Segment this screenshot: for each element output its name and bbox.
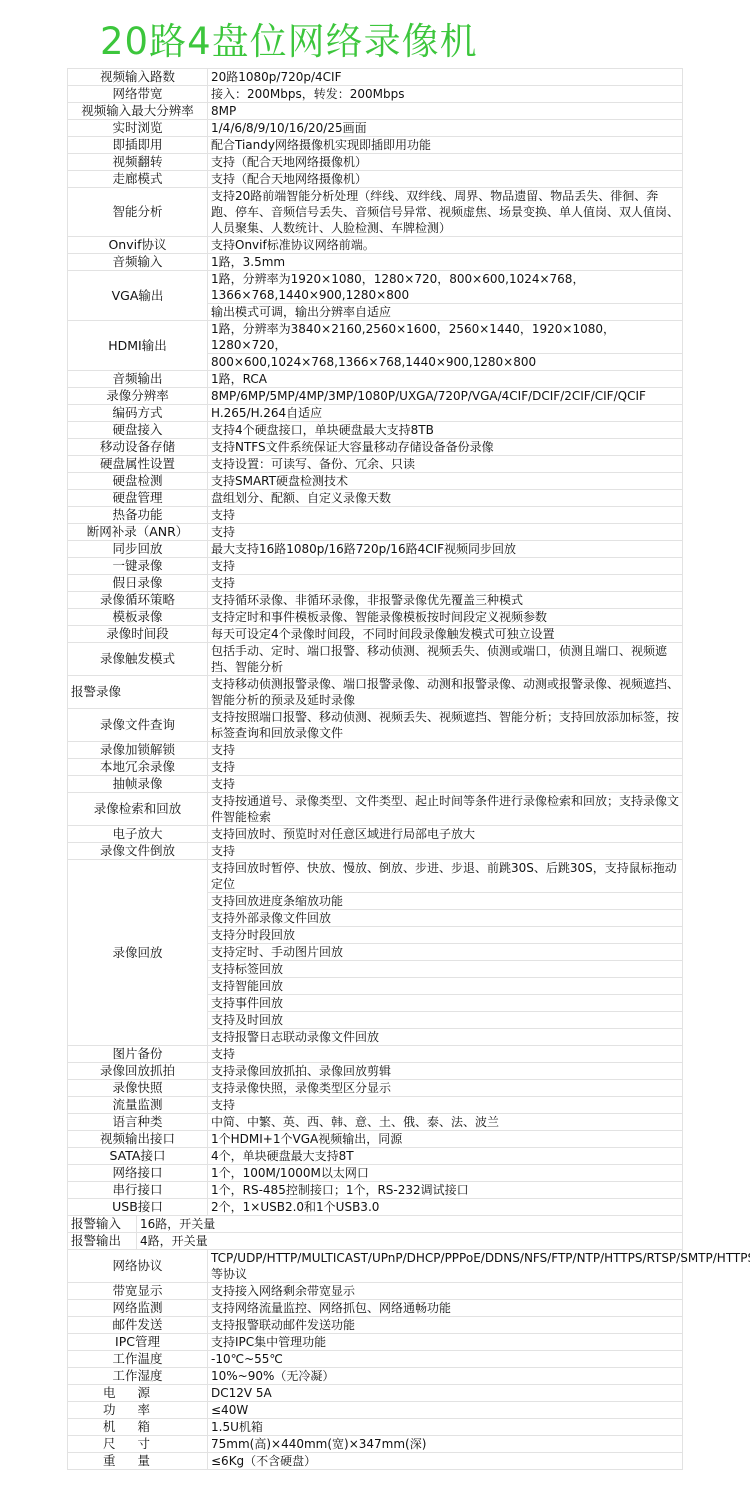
spec-label: 录像检索和回放 [68, 793, 208, 826]
spec-value: 支持 [208, 524, 683, 541]
table-row: SATA接口4个，单块硬盘最大支持8T [68, 1148, 683, 1165]
spec-value: 2个，1×USB2.0和1个USB3.0 [208, 1199, 683, 1216]
spec-label: 视频输入路数 [68, 69, 208, 86]
spec-value: 1.5U机箱 [208, 1419, 683, 1436]
table-row: Onvif协议支持Onvif标准协议网络前端。 [68, 237, 683, 254]
spec-label: 机箱 [68, 1419, 208, 1436]
spec-value: 支持 [208, 558, 683, 575]
spec-label: 热备功能 [68, 507, 208, 524]
spec-value: 支持（配合天地网络摄像机） [208, 154, 683, 171]
spec-value: 1路，RCA [208, 371, 683, 388]
spec-value: 75mm(高)×440mm(宽)×347mm(深) [208, 1436, 683, 1453]
table-row: 录像回放支持回放时暂停、快放、慢放、倒放、步进、步退、前跳30S、后跳30S，支… [68, 860, 683, 893]
spec-value: 支持循环录像、非循环录像，非报警录像优先覆盖三种模式 [208, 592, 683, 609]
spec-value: 支持 [208, 742, 683, 759]
table-row: 视频输出接口1个HDMI+1个VGA视频输出，同源 [68, 1131, 683, 1148]
spec-value: 配合Tiandy网络摄像机实现即插即用功能 [208, 137, 683, 154]
table-row: 硬盘属性设置支持设置：可读写、备份、冗余、只读 [68, 456, 683, 473]
spec-label: 同步回放 [68, 541, 208, 558]
spec-value: 每天可设定4个录像时间段，不同时间段录像触发模式可独立设置 [208, 626, 683, 643]
table-row: 模板录像支持定时和事件模板录像、智能录像模板按时间段定义视频参数 [68, 609, 683, 626]
spec-value: 支持 [208, 1046, 683, 1063]
spec-label: 即插即用 [68, 137, 208, 154]
table-row: 语言种类中简、中繁、英、西、韩、意、土、俄、泰、法、波兰 [68, 1114, 683, 1131]
table-row: 工作湿度10%~90%（无冷凝） [68, 1368, 683, 1385]
spec-label: 视频输出接口 [68, 1131, 208, 1148]
table-row: 网络监测支持网络流量监控、网络抓包、网络通畅功能 [68, 1300, 683, 1317]
spec-value: 支持定时和事件模板录像、智能录像模板按时间段定义视频参数 [208, 609, 683, 626]
table-row: 网络带宽接入：200Mbps，转发：200Mbps [68, 86, 683, 103]
table-row: 实时浏览1/4/6/8/9/10/16/20/25画面 [68, 120, 683, 137]
spec-label: 硬盘属性设置 [68, 456, 208, 473]
spec-value: 1路，分辨率为1920×1080，1280×720，800×600,1024×7… [208, 271, 683, 304]
spec-value: 支持录像回放抓拍、录像回放剪辑 [208, 1063, 683, 1080]
table-row: 报警输入16路，开关量 [68, 1216, 683, 1233]
spec-value: 最大支持16路1080p/16路720p/16路4CIF视频同步回放 [208, 541, 683, 558]
spec-label: USB接口 [68, 1199, 208, 1216]
spec-value: 支持事件回放 [208, 995, 683, 1012]
spec-label: 串行接口 [68, 1182, 208, 1199]
spec-label: SATA接口 [68, 1148, 208, 1165]
spec-label: Onvif协议 [68, 237, 208, 254]
spec-value: 支持 [208, 575, 683, 592]
spec-value: 支持 [208, 507, 683, 524]
spec-value: 输出模式可调，输出分辨率自适应 [208, 304, 683, 321]
spec-value: 支持（配合天地网络摄像机） [208, 171, 683, 188]
table-row: 录像文件查询支持按照端口报警、移动侦测、视频丢失、视频遮挡、智能分析；支持回放添… [68, 709, 683, 742]
spec-value: 支持及时回放 [208, 1012, 683, 1029]
spec-label: 硬盘管理 [68, 490, 208, 507]
table-row: 断网补录（ANR）支持 [68, 524, 683, 541]
alarm-value: 4路，开关量 [137, 1233, 683, 1250]
table-row: 录像快照支持录像快照，录像类型区分显示 [68, 1080, 683, 1097]
spec-value: 1路，3.5mm [208, 254, 683, 271]
spec-label: 录像文件倒放 [68, 843, 208, 860]
spec-value: 支持报警日志联动录像文件回放 [208, 1029, 683, 1046]
spec-label: 录像时间段 [68, 626, 208, 643]
spec-label: 模板录像 [68, 609, 208, 626]
table-row: 热备功能支持 [68, 507, 683, 524]
table-row: 硬盘接入支持4个硬盘接口，单块硬盘最大支持8TB [68, 422, 683, 439]
spec-label: 录像文件查询 [68, 709, 208, 742]
spec-label: 录像循环策略 [68, 592, 208, 609]
spec-value: 4个，单块硬盘最大支持8T [208, 1148, 683, 1165]
spec-label: 走廊模式 [68, 171, 208, 188]
spec-label: 邮件发送 [68, 1317, 208, 1334]
spec-value: 支持录像快照，录像类型区分显示 [208, 1080, 683, 1097]
table-row: 报警输出4路，开关量 [68, 1233, 683, 1250]
spec-value: 支持Onvif标准协议网络前端。 [208, 237, 683, 254]
alarm-value: 16路，开关量 [137, 1216, 683, 1233]
spec-label: 音频输出 [68, 371, 208, 388]
table-row: 录像时间段每天可设定4个录像时间段，不同时间段录像触发模式可独立设置 [68, 626, 683, 643]
page-title: 20路4盘位网络录像机 [100, 20, 478, 64]
spec-value: 接入：200Mbps，转发：200Mbps [208, 86, 683, 103]
table-row: 视频输入路数20路1080p/720p/4CIF [68, 69, 683, 86]
spec-label: 网络带宽 [68, 86, 208, 103]
table-row: 网络接口1个，100M/1000M以太网口 [68, 1165, 683, 1182]
spec-label: 视频翻转 [68, 154, 208, 171]
spec-value: 支持 [208, 1097, 683, 1114]
spec-value: 支持回放时暂停、快放、慢放、倒放、步进、步退、前跳30S、后跳30S，支持鼠标拖… [208, 860, 683, 893]
spec-label: 工作温度 [68, 1351, 208, 1368]
spec-label: 网络监测 [68, 1300, 208, 1317]
table-row: 一键录像支持 [68, 558, 683, 575]
spec-value: 支持NTFS文件系统保证大容量移动存储设备备份录像 [208, 439, 683, 456]
spec-label: 语言种类 [68, 1114, 208, 1131]
spec-value: 8MP/6MP/5MP/4MP/3MP/1080P/UXGA/720P/VGA/… [208, 388, 683, 405]
spec-label: 报警录像 [68, 676, 208, 709]
spec-value: 1个，RS-485控制接口；1个，RS-232调试接口 [208, 1182, 683, 1199]
table-row: 视频翻转支持（配合天地网络摄像机） [68, 154, 683, 171]
table-row: 邮件发送支持报警联动邮件发送功能 [68, 1317, 683, 1334]
spec-label: 录像快照 [68, 1080, 208, 1097]
alarm-spec-table: 报警输入16路，开关量报警输出4路，开关量 [67, 1215, 683, 1250]
table-row: 尺寸75mm(高)×440mm(宽)×347mm(深) [68, 1436, 683, 1453]
spec-label: 录像加锁解锁 [68, 742, 208, 759]
spec-value: 支持20路前端智能分析处理（绊线、双绊线、周界、物品遗留、物品丢失、徘徊、奔跑、… [208, 188, 683, 237]
alarm-label: 报警输入 [68, 1216, 137, 1233]
table-row: 音频输出1路，RCA [68, 371, 683, 388]
spec-value: 支持IPC集中管理功能 [208, 1334, 683, 1351]
table-row: 电源DC12V 5A [68, 1385, 683, 1402]
table-row: 带宽显示支持接入网络剩余带宽显示 [68, 1283, 683, 1300]
table-row: 报警录像支持移动侦测报警录像、端口报警录像、动测和报警录像、动测或报警录像、视频… [68, 676, 683, 709]
table-row: 视频输入最大分辨率8MP [68, 103, 683, 120]
table-row: 重量≤6Kg（不含硬盘） [68, 1453, 683, 1470]
table-row: 机箱1.5U机箱 [68, 1419, 683, 1436]
spec-label: 电子放大 [68, 826, 208, 843]
table-row: 网络协议TCP/UDP/HTTP/MULTICAST/UPnP/DHCP/PPP… [68, 1250, 683, 1283]
spec-label: 网络协议 [68, 1250, 208, 1283]
spec-label: IPC管理 [68, 1334, 208, 1351]
spec-label: 移动设备存储 [68, 439, 208, 456]
spec-value: 支持 [208, 843, 683, 860]
spec-label: 录像回放抓拍 [68, 1063, 208, 1080]
spec-value: 支持分时段回放 [208, 927, 683, 944]
spec-table-2: 网络协议TCP/UDP/HTTP/MULTICAST/UPnP/DHCP/PPP… [67, 1249, 683, 1470]
spec-value: 支持接入网络剩余带宽显示 [208, 1283, 683, 1300]
alarm-label: 报警输出 [68, 1233, 137, 1250]
spec-label: 硬盘检测 [68, 473, 208, 490]
spec-label: 流量监测 [68, 1097, 208, 1114]
spec-value: 支持设置：可读写、备份、冗余、只读 [208, 456, 683, 473]
spec-label: 音频输入 [68, 254, 208, 271]
table-row: 录像循环策略支持循环录像、非循环录像，非报警录像优先覆盖三种模式 [68, 592, 683, 609]
spec-label: 断网补录（ANR） [68, 524, 208, 541]
spec-value: 支持4个硬盘接口，单块硬盘最大支持8TB [208, 422, 683, 439]
spec-label: 录像分辨率 [68, 388, 208, 405]
spec-label: 图片备份 [68, 1046, 208, 1063]
table-row: VGA输出1路，分辨率为1920×1080，1280×720，800×600,1… [68, 271, 683, 304]
spec-label: 录像回放 [68, 860, 208, 1046]
spec-value: DC12V 5A [208, 1385, 683, 1402]
table-row: 抽帧录像支持 [68, 776, 683, 793]
table-row: 移动设备存储支持NTFS文件系统保证大容量移动存储设备备份录像 [68, 439, 683, 456]
spec-value: 支持智能回放 [208, 978, 683, 995]
table-row: 录像检索和回放支持按通道号、录像类型、文件类型、起止时间等条件进行录像检索和回放… [68, 793, 683, 826]
table-row: 功率≤40W [68, 1402, 683, 1419]
spec-label: 重量 [68, 1453, 208, 1470]
table-row: 录像回放抓拍支持录像回放抓拍、录像回放剪辑 [68, 1063, 683, 1080]
table-row: 硬盘管理盘组划分、配额、自定义录像天数 [68, 490, 683, 507]
spec-value: TCP/UDP/HTTP/MULTICAST/UPnP/DHCP/PPPoE/D… [208, 1250, 683, 1283]
table-row: 录像分辨率8MP/6MP/5MP/4MP/3MP/1080P/UXGA/720P… [68, 388, 683, 405]
table-row: IPC管理支持IPC集中管理功能 [68, 1334, 683, 1351]
table-row: 同步回放最大支持16路1080p/16路720p/16路4CIF视频同步回放 [68, 541, 683, 558]
table-row: 即插即用配合Tiandy网络摄像机实现即插即用功能 [68, 137, 683, 154]
spec-value: 1路，分辨率为3840×2160,2560×1600，2560×1440，192… [208, 321, 683, 354]
spec-value: 20路1080p/720p/4CIF [208, 69, 683, 86]
spec-value: 支持定时、手动图片回放 [208, 944, 683, 961]
table-row: 流量监测支持 [68, 1097, 683, 1114]
spec-label: 智能分析 [68, 188, 208, 237]
spec-label: 本地冗余录像 [68, 759, 208, 776]
spec-value: 1个HDMI+1个VGA视频输出，同源 [208, 1131, 683, 1148]
spec-label: 硬盘接入 [68, 422, 208, 439]
spec-value: -10℃~55℃ [208, 1351, 683, 1368]
spec-value: 支持按通道号、录像类型、文件类型、起止时间等条件进行录像检索和回放；支持录像文件… [208, 793, 683, 826]
spec-value: 800×600,1024×768,1366×768,1440×900,1280×… [208, 354, 683, 371]
spec-label: 视频输入最大分辨率 [68, 103, 208, 120]
spec-value: 支持网络流量监控、网络抓包、网络通畅功能 [208, 1300, 683, 1317]
spec-label: 电源 [68, 1385, 208, 1402]
spec-value: H.265/H.264自适应 [208, 405, 683, 422]
table-row: HDMI输出1路，分辨率为3840×2160,2560×1600，2560×14… [68, 321, 683, 354]
table-row: 硬盘检测支持SMART硬盘检测技术 [68, 473, 683, 490]
spec-label: 网络接口 [68, 1165, 208, 1182]
table-row: 走廊模式支持（配合天地网络摄像机） [68, 171, 683, 188]
spec-value: 1个，100M/1000M以太网口 [208, 1165, 683, 1182]
spec-value: 支持报警联动邮件发送功能 [208, 1317, 683, 1334]
table-row: 智能分析支持20路前端智能分析处理（绊线、双绊线、周界、物品遗留、物品丢失、徘徊… [68, 188, 683, 237]
spec-value: 支持回放时、预览时对任意区域进行局部电子放大 [208, 826, 683, 843]
spec-label: 功率 [68, 1402, 208, 1419]
spec-value: ≤6Kg（不含硬盘） [208, 1453, 683, 1470]
spec-value: 支持 [208, 759, 683, 776]
spec-value: 1/4/6/8/9/10/16/20/25画面 [208, 120, 683, 137]
spec-label: 带宽显示 [68, 1283, 208, 1300]
spec-value: 8MP [208, 103, 683, 120]
table-row: 录像触发模式包括手动、定时、端口报警、移动侦测、视频丢失、侦测或端口，侦测且端口… [68, 643, 683, 676]
spec-value: 10%~90%（无冷凝） [208, 1368, 683, 1385]
spec-table: 视频输入路数20路1080p/720p/4CIF网络带宽接入：200Mbps，转… [67, 68, 683, 1216]
table-row: 假日录像支持 [68, 575, 683, 592]
spec-label: 工作湿度 [68, 1368, 208, 1385]
table-row: 电子放大支持回放时、预览时对任意区域进行局部电子放大 [68, 826, 683, 843]
spec-label: 录像触发模式 [68, 643, 208, 676]
table-row: 录像文件倒放支持 [68, 843, 683, 860]
spec-value: 支持回放进度条缩放功能 [208, 893, 683, 910]
spec-value: 支持移动侦测报警录像、端口报警录像、动测和报警录像、动测或报警录像、视频遮挡、智… [208, 676, 683, 709]
spec-label: 实时浏览 [68, 120, 208, 137]
spec-value: 支持外部录像文件回放 [208, 910, 683, 927]
table-row: 编码方式H.265/H.264自适应 [68, 405, 683, 422]
spec-value: 支持 [208, 776, 683, 793]
table-row: USB接口2个，1×USB2.0和1个USB3.0 [68, 1199, 683, 1216]
spec-value: 支持按照端口报警、移动侦测、视频丢失、视频遮挡、智能分析；支持回放添加标签，按标… [208, 709, 683, 742]
spec-value: 中简、中繁、英、西、韩、意、土、俄、泰、法、波兰 [208, 1114, 683, 1131]
spec-label: 一键录像 [68, 558, 208, 575]
spec-value: 支持标签回放 [208, 961, 683, 978]
spec-label: 编码方式 [68, 405, 208, 422]
table-row: 本地冗余录像支持 [68, 759, 683, 776]
table-row: 音频输入1路，3.5mm [68, 254, 683, 271]
spec-label: HDMI输出 [68, 321, 208, 371]
spec-label: VGA输出 [68, 271, 208, 321]
spec-label: 假日录像 [68, 575, 208, 592]
spec-value: 盘组划分、配额、自定义录像天数 [208, 490, 683, 507]
spec-value: 支持SMART硬盘检测技术 [208, 473, 683, 490]
spec-value: 包括手动、定时、端口报警、移动侦测、视频丢失、侦测或端口，侦测且端口、视频遮挡、… [208, 643, 683, 676]
spec-value: ≤40W [208, 1402, 683, 1419]
table-row: 串行接口1个，RS-485控制接口；1个，RS-232调试接口 [68, 1182, 683, 1199]
table-row: 图片备份支持 [68, 1046, 683, 1063]
table-row: 工作温度-10℃~55℃ [68, 1351, 683, 1368]
spec-label: 尺寸 [68, 1436, 208, 1453]
spec-label: 抽帧录像 [68, 776, 208, 793]
table-row: 录像加锁解锁支持 [68, 742, 683, 759]
